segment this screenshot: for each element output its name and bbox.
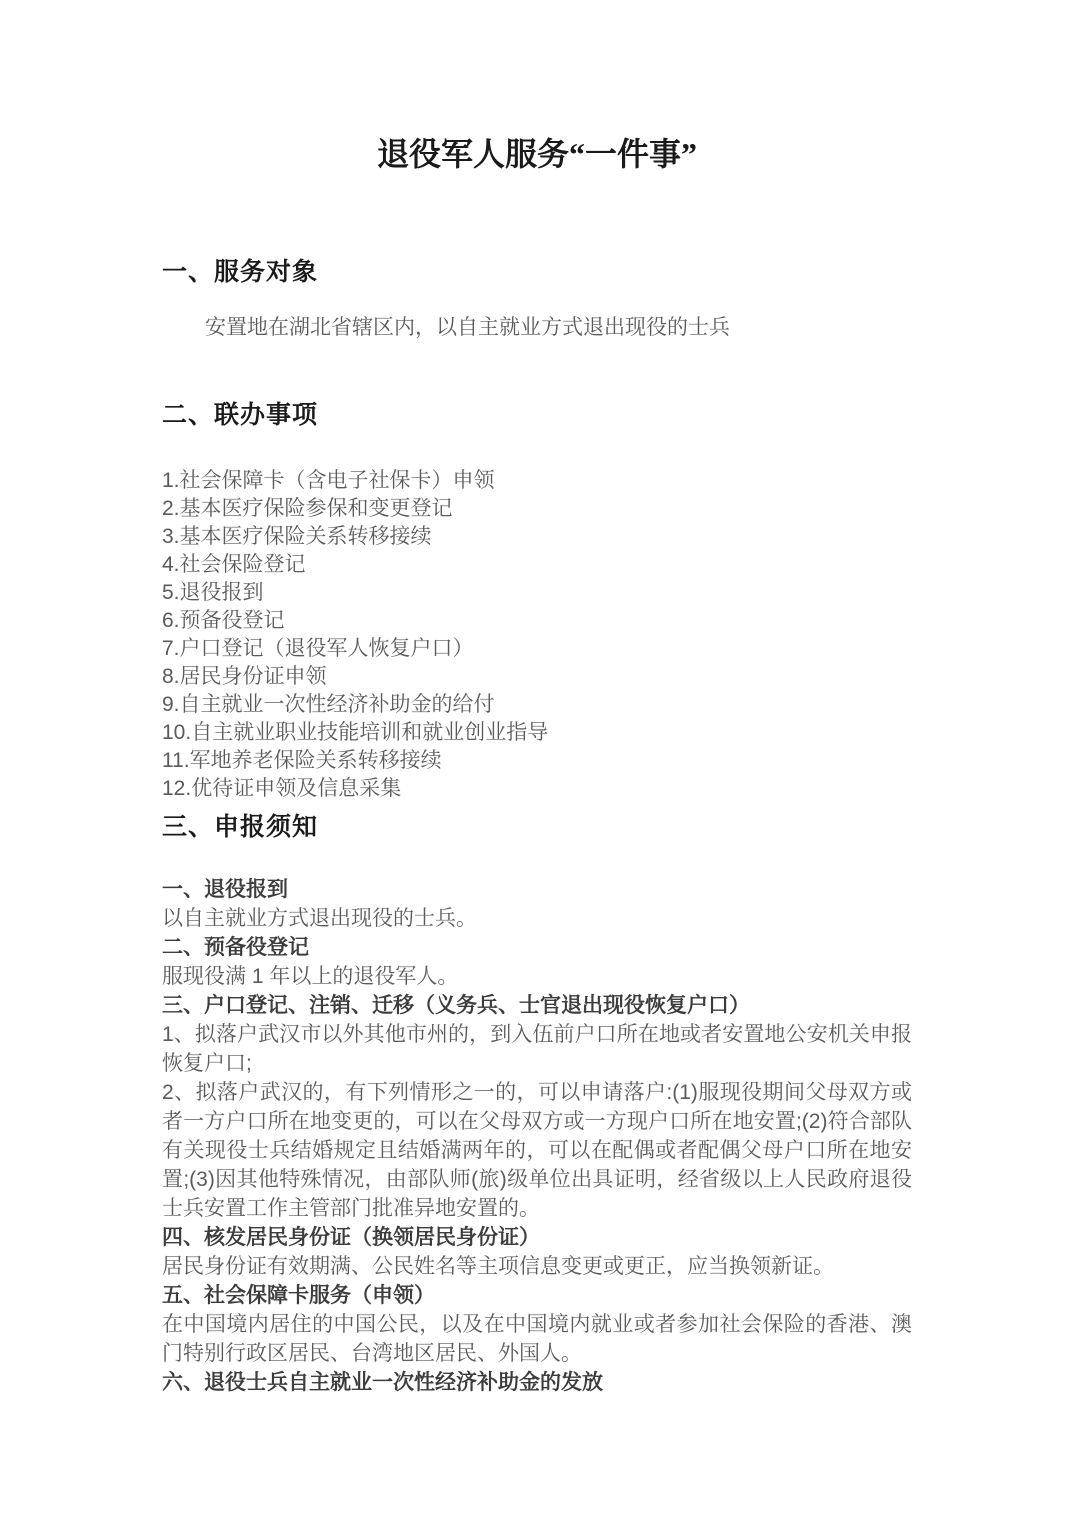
list-item: 7.户口登记（退役军人恢复户口） <box>162 635 912 663</box>
subsection-heading-shebaoka: 五、社会保障卡服务（申领） <box>162 1281 912 1310</box>
list-item: 8.居民身份证申领 <box>162 663 912 691</box>
subsection-paragraph: 服现役满 1 年以上的退役军人。 <box>162 962 912 991</box>
subsection-heading-yubeiyi: 二、预备役登记 <box>162 933 912 962</box>
list-item: 12.优待证申领及信息采集 <box>162 775 912 803</box>
section-declaration-notes: 三、申报须知 一、退役报到 以自主就业方式退出现役的士兵。 二、预备役登记 服现… <box>162 811 912 1397</box>
document-page: 退役军人服务“一件事” 一、服务对象 安置地在湖北省辖区内，以自主就业方式退出现… <box>0 0 1074 1520</box>
service-target-body: 安置地在湖北省辖区内，以自主就业方式退出现役的士兵 <box>162 314 912 342</box>
list-item: 2.基本医疗保险参保和变更登记 <box>162 495 912 523</box>
subsection-heading-shenfenzheng: 四、核发居民身份证（换领居民身份证） <box>162 1223 912 1252</box>
joint-matters-list: 1.社会保障卡（含电子社保卡）申领 2.基本医疗保险参保和变更登记 3.基本医疗… <box>162 467 912 803</box>
subsection-paragraph: 居民身份证有效期满、公民姓名等主项信息变更或更正，应当换领新证。 <box>162 1252 912 1281</box>
subsection-paragraph: 在中国境内居住的中国公民，以及在中国境内就业或者参加社会保险的香港、澳门特别行政… <box>162 1310 912 1368</box>
list-item: 9.自主就业一次性经济补助金的给付 <box>162 691 912 719</box>
subsection-heading-hukou: 三、户口登记、注销、迁移（义务兵、士官退出现役恢复户口） <box>162 991 912 1020</box>
subsection-paragraph: 以自主就业方式退出现役的士兵。 <box>162 904 912 933</box>
section-heading-joint-matters: 二、联办事项 <box>162 399 912 433</box>
list-item: 4.社会保险登记 <box>162 551 912 579</box>
subsection-paragraph: 1、拟落户武汉市以外其他市州的，到入伍前户口所在地或者安置地公安机关申报恢复户口… <box>162 1020 912 1078</box>
list-item: 11.军地养老保险关系转移接续 <box>162 747 912 775</box>
document-title: 退役军人服务“一件事” <box>162 132 912 176</box>
section-service-target: 一、服务对象 安置地在湖北省辖区内，以自主就业方式退出现役的士兵 <box>162 256 912 342</box>
section-heading-service-target: 一、服务对象 <box>162 256 912 290</box>
subsection-heading-baodao: 一、退役报到 <box>162 875 912 904</box>
list-item: 6.预备役登记 <box>162 607 912 635</box>
subsection-heading-butiejin: 六、退役士兵自主就业一次性经济补助金的发放 <box>162 1368 912 1397</box>
subsection-paragraph: 2、拟落户武汉的，有下列情形之一的，可以申请落户:(1)服现役期间父母双方或者一… <box>162 1078 912 1223</box>
section-joint-matters: 二、联办事项 1.社会保障卡（含电子社保卡）申领 2.基本医疗保险参保和变更登记… <box>162 399 912 803</box>
list-item: 1.社会保障卡（含电子社保卡）申领 <box>162 467 912 495</box>
list-item: 3.基本医疗保险关系转移接续 <box>162 523 912 551</box>
section-heading-declaration-notes: 三、申报须知 <box>162 811 912 845</box>
list-item: 5.退役报到 <box>162 579 912 607</box>
declaration-notes-content: 一、退役报到 以自主就业方式退出现役的士兵。 二、预备役登记 服现役满 1 年以… <box>162 875 912 1397</box>
list-item: 10.自主就业职业技能培训和就业创业指导 <box>162 719 912 747</box>
